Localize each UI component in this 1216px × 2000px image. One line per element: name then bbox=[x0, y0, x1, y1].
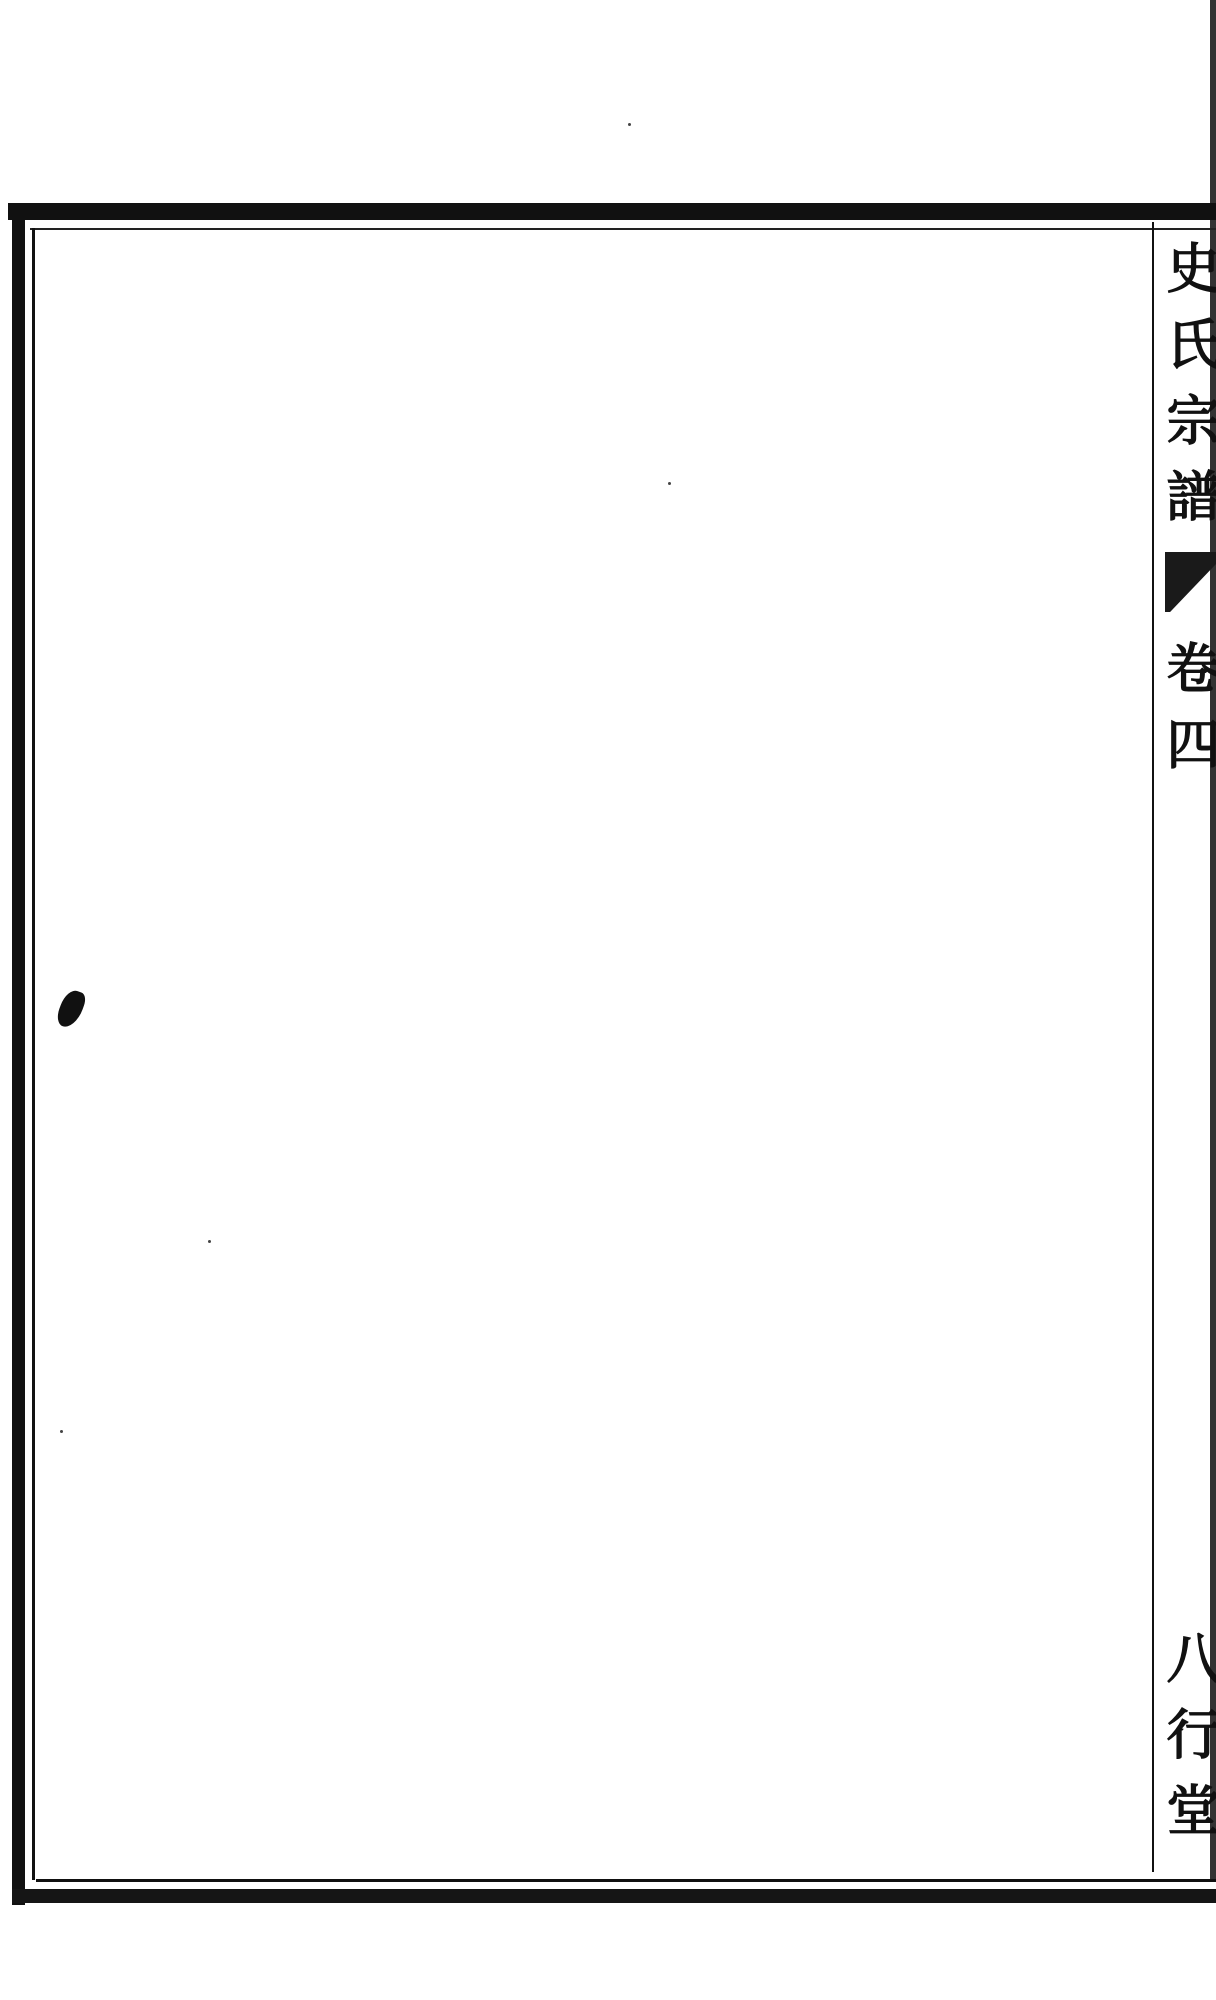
frame-inner-line-bottom bbox=[36, 1879, 1216, 1882]
ink-speck bbox=[208, 1240, 211, 1243]
fish-tail-ornament-icon bbox=[1165, 552, 1216, 612]
ink-speck bbox=[60, 1430, 63, 1433]
ink-mark bbox=[54, 987, 88, 1030]
volume-label: 卷四 bbox=[1180, 640, 1216, 792]
frame-inner-line-top bbox=[30, 228, 1216, 230]
hall-name: 八行堂 bbox=[1180, 1630, 1216, 1858]
frame-border-bottom bbox=[12, 1889, 1216, 1903]
ink-speck bbox=[628, 123, 631, 126]
frame-inner-line-left bbox=[32, 228, 35, 1880]
frame-border-left bbox=[12, 205, 25, 1905]
frame-border-top bbox=[8, 203, 1216, 220]
spine-title: 史氏宗譜 bbox=[1180, 240, 1216, 544]
ink-speck bbox=[668, 482, 671, 485]
